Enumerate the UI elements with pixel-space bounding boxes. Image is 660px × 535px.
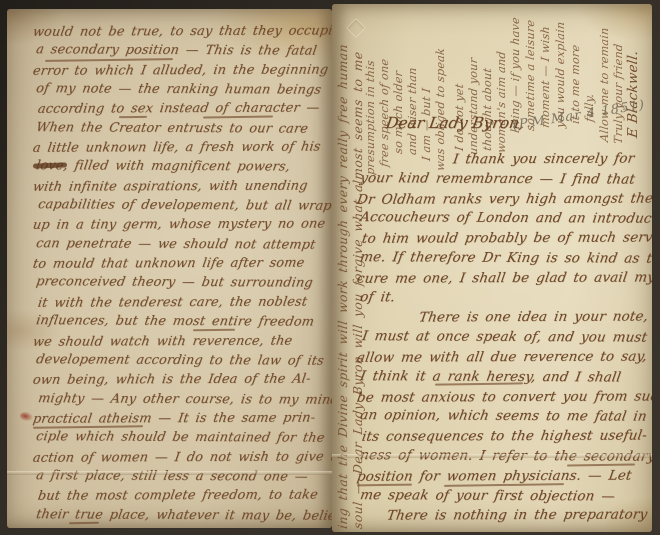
- handwritten-line: your kind remembrance — I find that: [359, 169, 652, 191]
- handwritten-line: allow me with all due reverence to say, …: [355, 347, 652, 368]
- handwritten-line: I must at once speak of, and you must: [361, 327, 652, 349]
- handwritten-line: of it.: [359, 288, 652, 310]
- handwritten-line: love, filled with magnificent powers,: [35, 157, 332, 178]
- salutation: Dear Lady Byron,: [385, 114, 526, 132]
- handwritten-line: a first place, still less a second one —: [35, 466, 332, 487]
- handwritten-line: preconceived theory — but surrounding: [35, 273, 332, 294]
- handwritten-line: up in a tiny germ, whose mystery no one: [31, 215, 332, 236]
- handwritten-line: me. If therefore Dr King is so kind as t…: [359, 248, 652, 270]
- handwritten-line: be most anxious to convert you from such: [355, 387, 652, 408]
- letter-page-left: would not be true, to say that they occu…: [7, 9, 332, 528]
- signature-line: Allow me to remain: [598, 27, 611, 143]
- signature-line: Truly your friend: [612, 43, 625, 145]
- letter-photograph: would not be true, to say that they occu…: [0, 0, 660, 535]
- handwritten-line: a secondary position — This is the fatal: [35, 40, 332, 61]
- handwritten-line: capabilities of developement, but all wr…: [37, 195, 332, 216]
- handwritten-line: mighty — Any other course, is to my mind: [37, 389, 332, 410]
- handwritten-line: action of women — I do not wish to give …: [31, 447, 332, 468]
- handwritten-line: Dr Oldham ranks very high amongst the: [355, 189, 652, 210]
- handwritten-line: There is one idea in your note, that: [355, 308, 652, 329]
- handwritten-line: ciple which should be maintained for the: [35, 427, 332, 448]
- handwritten-line: I think it a rank heresy, and I shall: [359, 367, 652, 389]
- handwritten-line: but the most complete freedom, to take: [36, 486, 332, 507]
- handwritten-line: own being, which is the Idea of the Al-: [31, 369, 332, 390]
- handwritten-line: of my note — the ranking human beings: [35, 79, 332, 100]
- handwritten-line: an opinion, which seems to me fatal in: [359, 406, 652, 428]
- handwritten-line: would not be true, to say that they occu…: [31, 21, 332, 42]
- handwritten-line: I thank you sincerely for: [355, 149, 652, 170]
- handwritten-line: cure me one, I shall be glad to avail my…: [355, 268, 652, 289]
- fold-crease: [332, 454, 652, 458]
- left-page-text: would not be true, to say that they occu…: [33, 22, 332, 525]
- handwritten-line: There is nothing in the preparatory stud…: [355, 506, 652, 527]
- right-page-text: I thank you sincerely foryour kind remem…: [357, 150, 652, 526]
- handwritten-line: according to sex instead of character —: [36, 99, 332, 120]
- fold-crease: [7, 471, 332, 475]
- handwritten-line: we should watch with reverence, the: [31, 331, 332, 352]
- handwritten-line: developement according to the law of its: [35, 350, 332, 371]
- handwritten-line: can penetrate — we should not attempt: [35, 234, 332, 255]
- handwritten-line: it with the tenderest care, the noblest: [36, 292, 332, 313]
- handwritten-line: with infinite aspirations, with unending: [31, 176, 332, 197]
- handwritten-line: Accoucheurs of London and an introductio…: [359, 208, 652, 230]
- handwritten-line: its consequences to the highest useful-: [360, 426, 652, 447]
- handwritten-line: me speak of your first objection —: [359, 486, 652, 508]
- handwritten-line: When the Creator entrusts to our care: [35, 118, 332, 139]
- handwritten-line: influences, but the most entire freedom: [35, 311, 332, 332]
- letter-page-right: ing that the Divine spirit will work thr…: [332, 4, 652, 532]
- handwritten-line: to mould that unknown life after some: [31, 253, 332, 274]
- handwritten-line: error to which I alluded, in the beginni…: [31, 60, 332, 81]
- handwritten-line: a little unknown life, a fresh work of h…: [31, 137, 332, 158]
- handwritten-line: to him would probably be of much service…: [360, 228, 652, 249]
- signature-line: E Blackwell.: [627, 50, 640, 139]
